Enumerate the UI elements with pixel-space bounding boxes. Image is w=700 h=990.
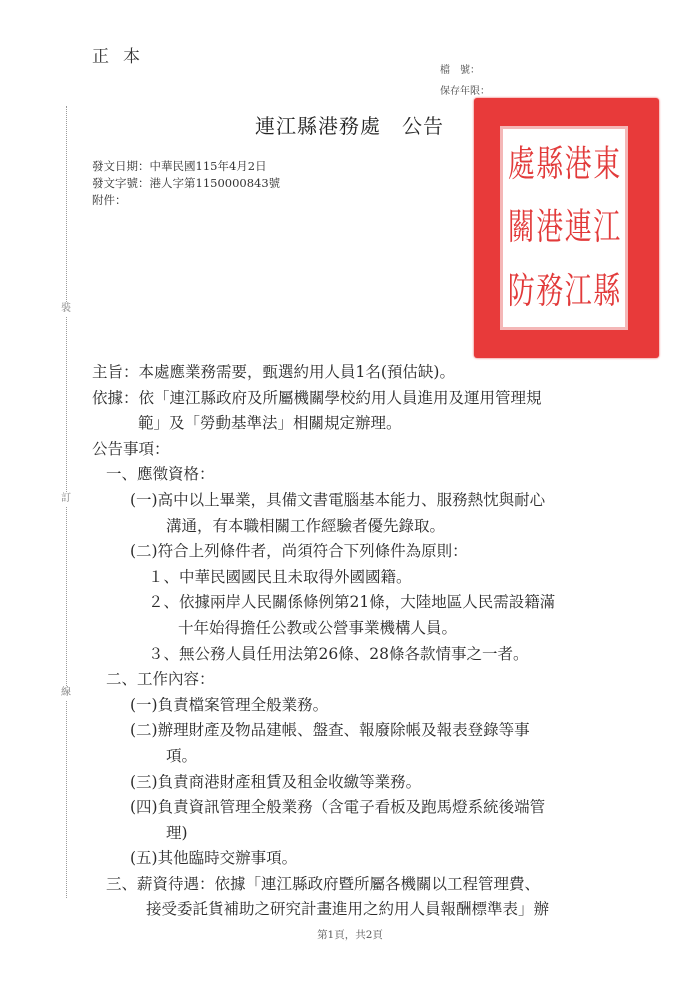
section-2-heading: 二、工作內容： — [92, 667, 682, 693]
section-1-sub-1-line-1: (一)高中以上畢業，具備文書電腦基本能力、服務熱忱與耐心 — [92, 488, 682, 514]
section-1-sub-1-line-2: 溝通，有本職相關工作經驗者優先錄取。 — [92, 514, 682, 540]
copy-mark: 正本 — [92, 42, 154, 67]
document-title: 連江縣港務處 公告 — [255, 110, 444, 139]
seal-char: 江 — [564, 249, 593, 334]
seal-char: 務 — [536, 249, 565, 334]
issue-date: 發文日期：中華民國115年4月2日 — [92, 158, 280, 175]
seal-char: 防 — [507, 249, 536, 334]
official-seal: 東 江 縣 港 連 江 縣 港 務 處 關 防 — [474, 98, 659, 358]
basis-line-2: 範」及「勞動基準法」相關規定辦理。 — [92, 411, 682, 437]
file-meta: 檔 號： 保存年限： — [440, 60, 490, 102]
binding-mark-staple: 訂 — [59, 492, 73, 506]
duty-5: (五)其他臨時交辦事項。 — [92, 846, 682, 872]
section-3-line-2: 接受委託貨補助之研究計畫進用之約用人員報酬標準表」辦 — [92, 897, 682, 923]
section-1-heading: 一、應徵資格： — [92, 462, 682, 488]
duty-2-line-2: 項。 — [92, 744, 682, 770]
section-1-sub-2: (二)符合上列條件者，尚須符合下列條件為原則： — [92, 539, 682, 565]
document-body: 主旨：本處應業務需要，甄選約用人員1名(預估缺)。 依據：依「連江縣政府及所屬機… — [92, 360, 682, 923]
condition-2-line-1: ２、依據兩岸人民關係條例第21條，大陸地區人民需設籍滿 — [92, 590, 682, 616]
attachment: 附件： — [92, 192, 280, 209]
items-heading: 公告事項： — [92, 437, 682, 463]
duty-3: (三)負責商港財產租賃及租金收繳等業務。 — [92, 770, 682, 796]
condition-1: １、中華民國國民且未取得外國國籍。 — [92, 565, 682, 591]
section-3-line-1: 三、薪資待遇：依據「連江縣政府暨所屬各機關以工程管理費、 — [92, 872, 682, 898]
basis-line-1: 依據：依「連江縣政府及所屬機關學校約用人員進用及運用管理規 — [92, 386, 682, 412]
page-indicator: 第1頁，共2頁 — [0, 927, 700, 942]
duty-4-line-1: (四)負責資訊管理全般業務（含電子看板及跑馬燈系統後端管 — [92, 795, 682, 821]
issue-number: 發文字號：港人字第1150000843號 — [92, 175, 280, 192]
condition-2-line-2: 十年始得擔任公教或公營事業機構人員。 — [92, 616, 682, 642]
subject: 主旨：本處應業務需要，甄選約用人員1名(預估缺)。 — [92, 360, 682, 386]
issue-info: 發文日期：中華民國115年4月2日 發文字號：港人字第1150000843號 附… — [92, 158, 280, 209]
duty-2-line-1: (二)辦理財產及物品建帳、盤查、報廢除帳及報表登錄等事 — [92, 718, 682, 744]
file-number-row: 檔 號： — [440, 60, 490, 81]
duty-1: (一)負責檔案管理全般業務。 — [92, 693, 682, 719]
binding-mark-bind: 裝 — [59, 302, 73, 316]
duty-4-line-2: 理) — [92, 821, 682, 847]
seal-inner: 東 江 縣 港 連 江 縣 港 務 處 關 防 — [500, 126, 628, 330]
condition-3: ３、無公務人員任用法第26條、28條各款情事之一者。 — [92, 642, 682, 668]
binding-mark-line: 線 — [59, 686, 73, 700]
seal-char: 縣 — [593, 249, 622, 334]
file-number-label: 檔 號： — [440, 60, 480, 81]
